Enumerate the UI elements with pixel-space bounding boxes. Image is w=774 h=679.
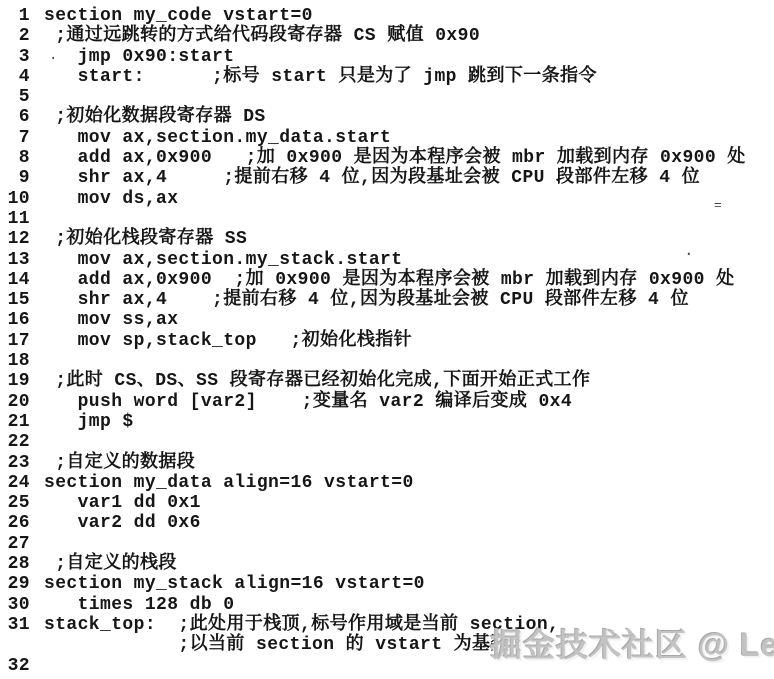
code-text: add ax,0x900 ;加 0x900 是因为本程序会被 mbr 加载到内存… (30, 270, 734, 290)
code-line: 9 shr ax,4 ;提前右移 4 位,因为段基址会被 CPU 段部件左移 4… (4, 168, 770, 188)
scan-artifact-mark: = (714, 199, 722, 212)
code-text: ;自定义的数据段 (30, 453, 195, 473)
line-number: 17 (4, 331, 30, 351)
code-text: stack_top: ;此处用于栈顶,标号作用域是当前 section, (30, 615, 559, 635)
line-number: 24 (4, 473, 30, 493)
line-number: 8 (4, 148, 30, 168)
line-number: 20 (4, 392, 30, 412)
code-line: 6 ;初始化数据段寄存器 DS (4, 107, 770, 127)
code-line: 28 ;自定义的栈段 (4, 554, 770, 574)
code-line: 13 mov ax,section.my_stack.start (4, 250, 770, 270)
code-text: ;通过远跳转的方式给代码段寄存器 CS 赋值 0x90 (30, 26, 480, 46)
line-number: 29 (4, 574, 30, 594)
code-line: 27 (4, 534, 770, 554)
line-number: 27 (4, 534, 30, 554)
code-text: add ax,0x900 ;加 0x900 是因为本程序会被 mbr 加载到内存… (30, 148, 746, 168)
line-number: 2 (4, 26, 30, 46)
code-text: mov ss,ax (30, 310, 178, 330)
code-line: 17 mov sp,stack_top ;初始化栈指针 (4, 331, 770, 351)
line-number: 1 (4, 6, 30, 26)
line-number: 4 (4, 67, 30, 87)
line-number: 10 (4, 189, 30, 209)
scan-artifact-mark: · (49, 52, 57, 66)
line-number: 32 (4, 656, 30, 676)
code-line: 29section my_stack align=16 vstart=0 (4, 574, 770, 594)
code-line: 21 jmp $ (4, 412, 770, 432)
line-number: 25 (4, 493, 30, 513)
assembly-code-listing: 1section my_code vstart=02 ;通过远跳转的方式给代码段… (4, 6, 770, 676)
code-line: 4 start: ;标号 start 只是为了 jmp 跳到下一条指令 (4, 67, 770, 87)
code-text: ;初始化数据段寄存器 DS (30, 107, 266, 127)
code-text: ;以当前 section 的 vstart 为基数 (30, 635, 509, 655)
code-text: ;自定义的栈段 (30, 554, 177, 574)
line-number: 19 (4, 371, 30, 391)
code-line: 16 mov ss,ax (4, 310, 770, 330)
line-number: 13 (4, 250, 30, 270)
code-line: 2 ;通过远跳转的方式给代码段寄存器 CS 赋值 0x90 (4, 26, 770, 46)
code-text: var1 dd 0x1 (30, 493, 201, 513)
code-line: 14 add ax,0x900 ;加 0x900 是因为本程序会被 mbr 加载… (4, 270, 770, 290)
code-text: mov ax,section.my_stack.start (30, 250, 402, 270)
code-text: shr ax,4 ;提前右移 4 位,因为段基址会被 CPU 段部件左移 4 位 (30, 290, 689, 310)
code-line: 15 shr ax,4 ;提前右移 4 位,因为段基址会被 CPU 段部件左移 … (4, 290, 770, 310)
line-number: 30 (4, 595, 30, 615)
line-number: 16 (4, 310, 30, 330)
line-number: 26 (4, 513, 30, 533)
code-line: 10 mov ds,ax (4, 189, 770, 209)
scan-artifact-mark: · (200, 108, 210, 124)
line-number: 14 (4, 270, 30, 290)
line-number: 5 (4, 87, 30, 107)
code-line: 8 add ax,0x900 ;加 0x900 是因为本程序会被 mbr 加载到… (4, 148, 770, 168)
line-number: 18 (4, 351, 30, 371)
code-line: 3 jmp 0x90:start (4, 47, 770, 67)
code-line: 11 (4, 209, 770, 229)
code-text: times 128 db 0 (30, 595, 234, 615)
code-line: 18 (4, 351, 770, 371)
code-line: 7 mov ax,section.my_data.start (4, 128, 770, 148)
code-text: push word [var2] ;变量名 var2 编译后变成 0x4 (30, 392, 572, 412)
code-line: 5 (4, 87, 770, 107)
code-text: section my_stack align=16 vstart=0 (30, 574, 425, 594)
line-number: 15 (4, 290, 30, 310)
code-text: ;初始化栈段寄存器 SS (30, 229, 247, 249)
scan-artifact-mark: · (684, 246, 694, 262)
code-text: mov ds,ax (30, 189, 178, 209)
code-line: 20 push word [var2] ;变量名 var2 编译后变成 0x4 (4, 392, 770, 412)
line-number: 12 (4, 229, 30, 249)
line-number: 22 (4, 432, 30, 452)
line-number: 23 (4, 453, 30, 473)
code-text: start: ;标号 start 只是为了 jmp 跳到下一条指令 (30, 67, 597, 87)
code-text: shr ax,4 ;提前右移 4 位,因为段基址会被 CPU 段部件左移 4 位 (30, 168, 700, 188)
line-number: 31 (4, 615, 30, 635)
code-line: 22 (4, 432, 770, 452)
code-line: 19 ;此时 CS、DS、SS 段寄存器已经初始化完成,下面开始正式工作 (4, 371, 770, 391)
line-number: 21 (4, 412, 30, 432)
code-text: mov ax,section.my_data.start (30, 128, 391, 148)
code-text: mov sp,stack_top ;初始化栈指针 (30, 331, 412, 351)
watermark: 掘金技术社区 @ Lenny (490, 620, 774, 666)
code-text: section my_data align=16 vstart=0 (30, 473, 414, 493)
code-text: section my_code vstart=0 (30, 6, 313, 26)
code-line: 24section my_data align=16 vstart=0 (4, 473, 770, 493)
code-text: var2 dd 0x6 (30, 513, 201, 533)
line-number: 7 (4, 128, 30, 148)
code-text: jmp $ (30, 412, 134, 432)
code-line: 26 var2 dd 0x6 (4, 513, 770, 533)
code-line: 23 ;自定义的数据段 (4, 453, 770, 473)
code-line: 25 var1 dd 0x1 (4, 493, 770, 513)
scanned-code-page: 1section my_code vstart=02 ;通过远跳转的方式给代码段… (0, 0, 774, 679)
code-text: jmp 0x90:start (30, 47, 234, 67)
line-number: 11 (4, 209, 30, 229)
line-number: 3 (4, 47, 30, 67)
code-text: ;此时 CS、DS、SS 段寄存器已经初始化完成,下面开始正式工作 (30, 371, 590, 391)
code-line: 12 ;初始化栈段寄存器 SS (4, 229, 770, 249)
code-line: 1section my_code vstart=0 (4, 6, 770, 26)
code-line: 30 times 128 db 0 (4, 595, 770, 615)
line-number: 28 (4, 554, 30, 574)
line-number: 9 (4, 168, 30, 188)
line-number: 6 (4, 107, 30, 127)
